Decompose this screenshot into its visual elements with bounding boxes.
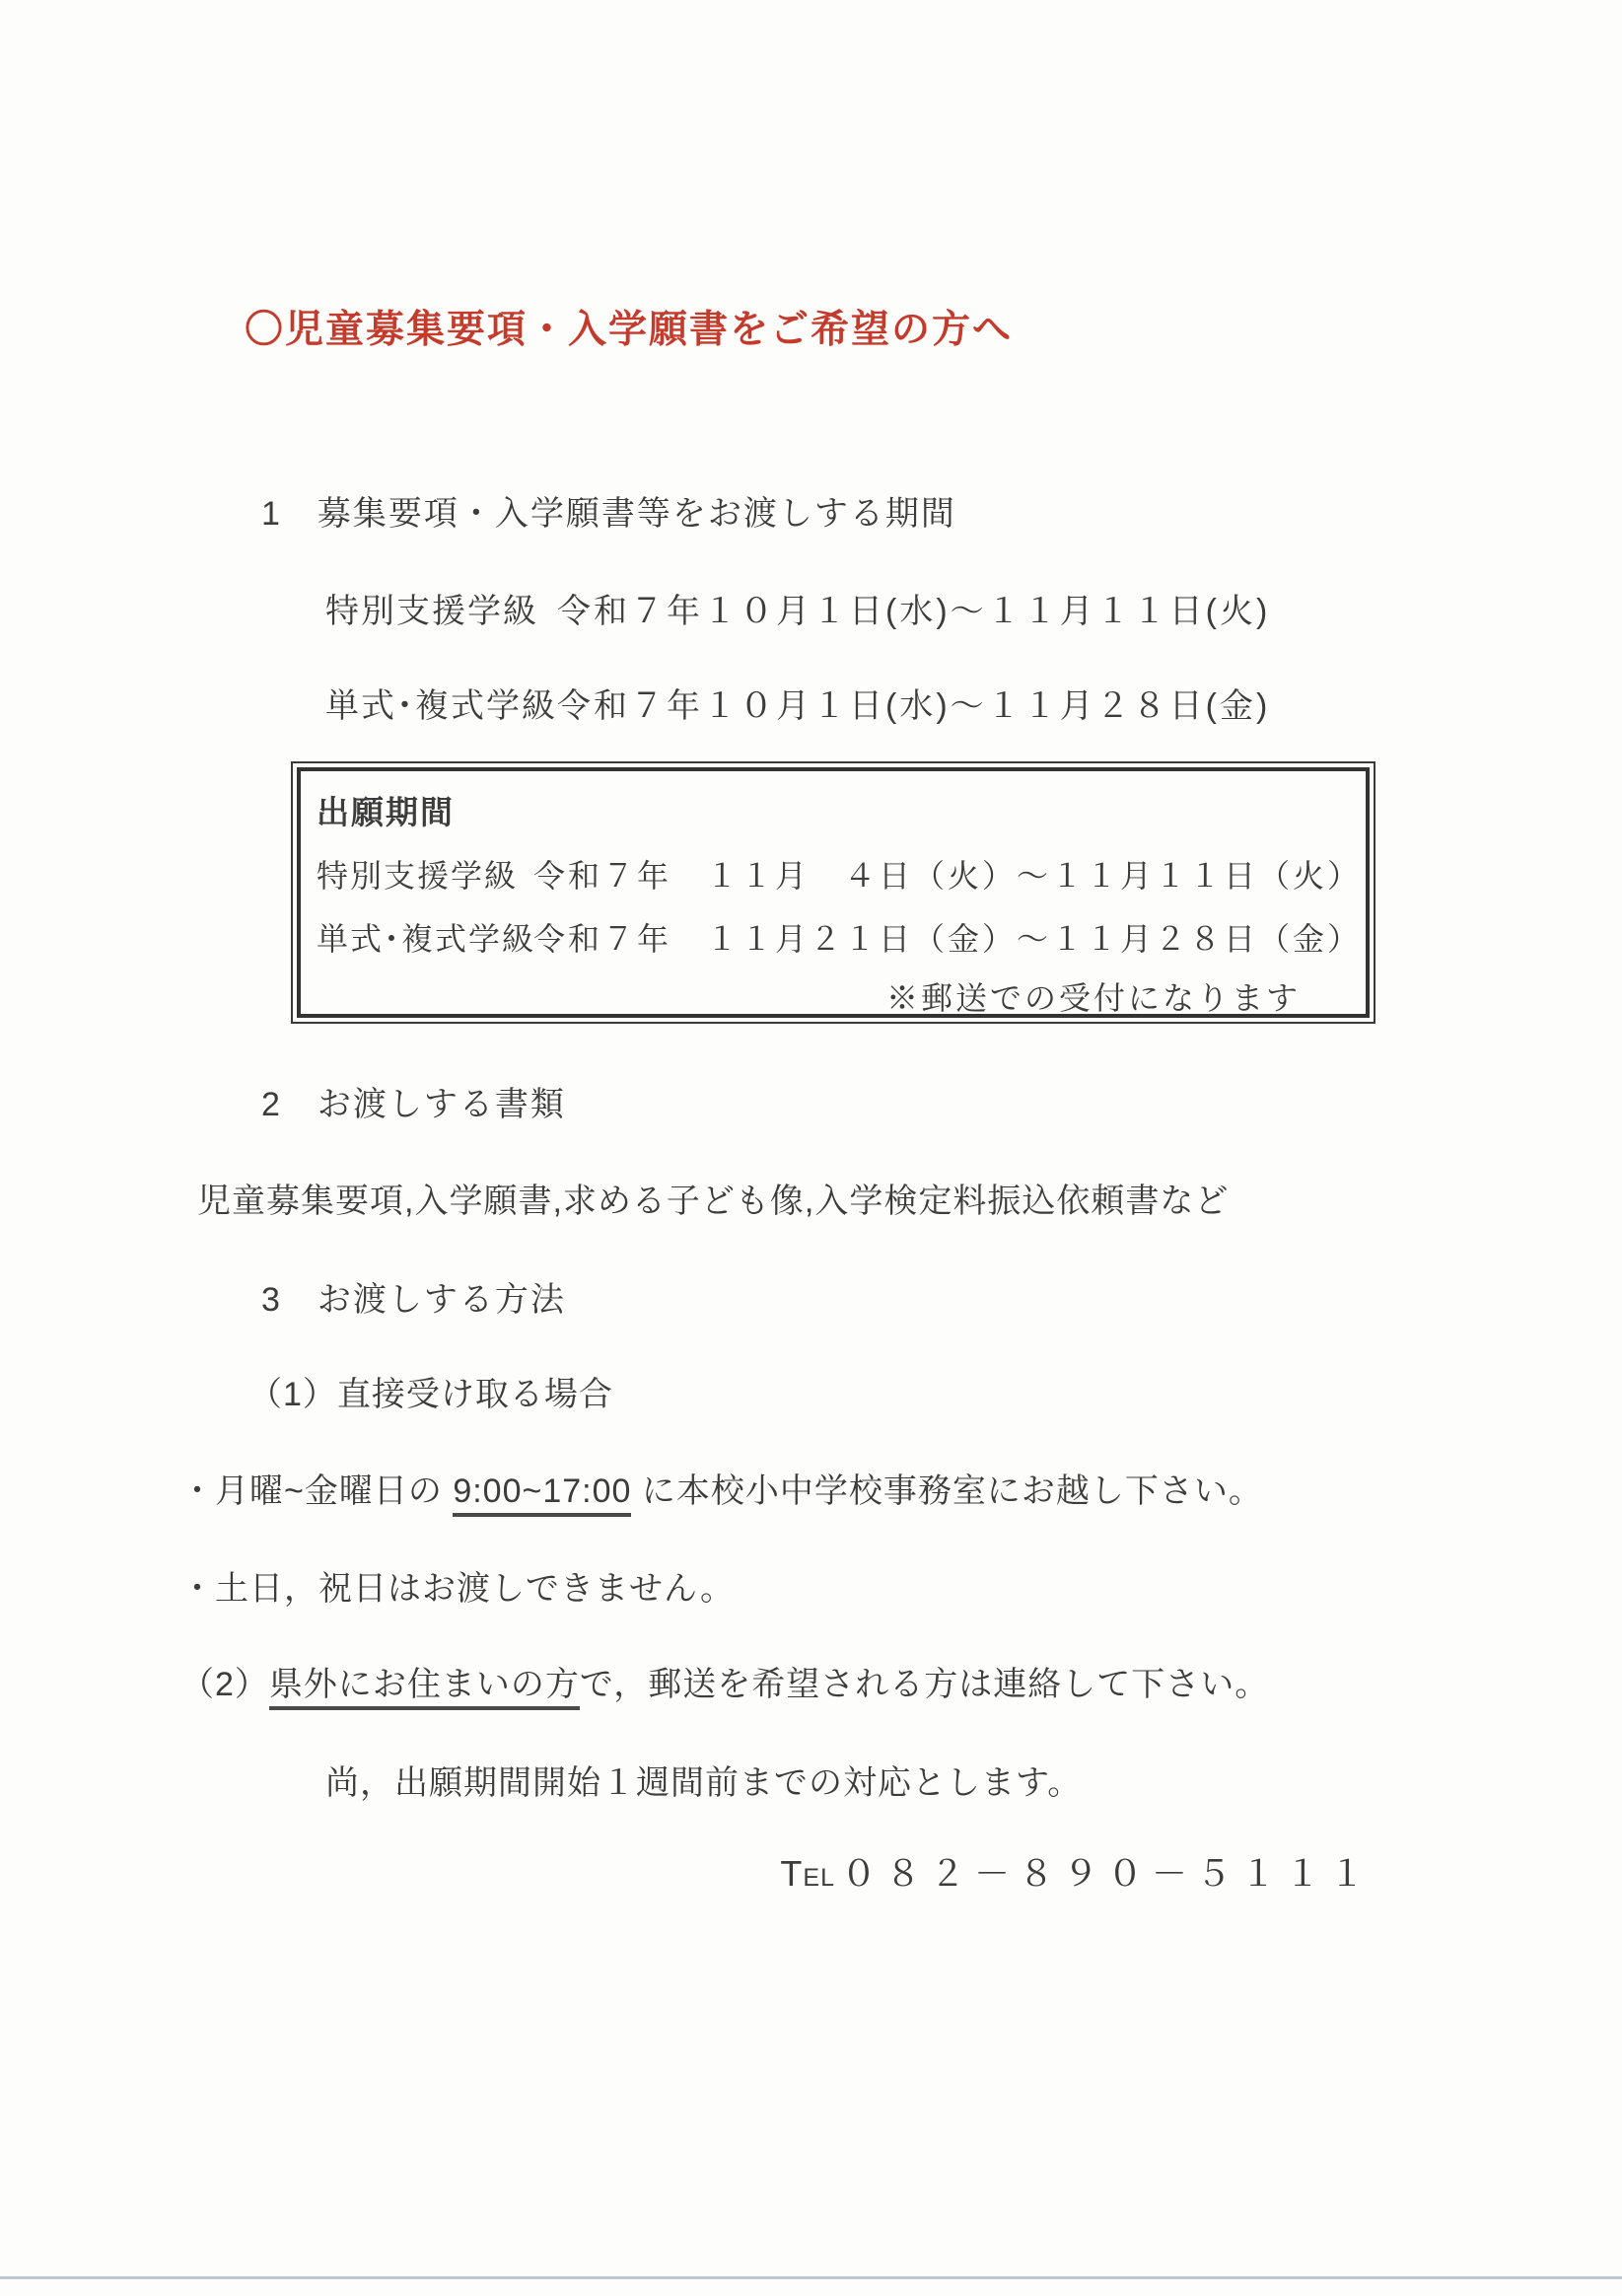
row-value: 令和７年１０月１日(水)～１１月２８日(金) bbox=[557, 679, 1270, 727]
section1-heading: 1 募集要項・入学願書等をお渡しする期間 bbox=[261, 486, 956, 535]
row-value: 令和７年 １１月２１日（金）～１１月２８日（金） bbox=[533, 914, 1362, 960]
application-row-regular: 単式･複式学級 令和７年 １１月２１日（金）～１１月２８日（金） bbox=[317, 914, 1340, 960]
weekend-note-line: ・土日，祝日はお渡しできません。 bbox=[180, 1561, 735, 1610]
application-period-box: 出願期間 特別支援学級 令和７年 １１月 ４日（火）～１１月１１日（火） 単式･… bbox=[291, 761, 1375, 1024]
method-item2-underlined: 県外にお住まいの方 bbox=[269, 1666, 580, 1710]
method-item2-pre: （2） bbox=[180, 1666, 269, 1703]
scanned-document-page: 〇児童募集要項・入学願書をご希望の方へ 1 募集要項・入学願書等をお渡しする期間… bbox=[0, 0, 1622, 2296]
row-value: 令和７年 １１月 ４日（火）～１１月１１日（火） bbox=[533, 851, 1362, 897]
section3-heading: 3 お渡しする方法 bbox=[261, 1272, 566, 1321]
document-list: 児童募集要項,入学願書,求める子ども像,入学検定料振込依頼書など bbox=[197, 1174, 1229, 1222]
application-period-box-inner: 出願期間 特別支援学級 令和７年 １１月 ４日（火）～１１月１１日（火） 単式･… bbox=[297, 767, 1370, 1018]
distribution-row-regular: 単式･複式学級 令和７年１０月１日(水)～１１月２８日(金) bbox=[325, 679, 1270, 727]
method-item2-post: で，郵送を希望される方は連絡して下さい。 bbox=[580, 1666, 1269, 1703]
row-label: 特別支援学級 bbox=[325, 584, 557, 632]
method-item2-line: （2）県外にお住まいの方で，郵送を希望される方は連絡して下さい。 bbox=[180, 1657, 1269, 1705]
pickup-hours-pre: ・月曜~金曜日の bbox=[180, 1472, 453, 1510]
box-heading: 出願期間 bbox=[317, 787, 1340, 833]
mailing-deadline-note: 尚，出願期間開始１週間前までの対応とします。 bbox=[325, 1756, 1082, 1804]
page-title: 〇児童募集要項・入学願書をご希望の方へ bbox=[245, 299, 1013, 354]
row-label: 単式･複式学級 bbox=[325, 679, 557, 727]
tel-label: Tel bbox=[780, 1853, 835, 1894]
distribution-row-special: 特別支援学級 令和７年１０月１日(水)～１１月１１日(火) bbox=[325, 584, 1270, 632]
row-label: 特別支援学級 bbox=[317, 851, 533, 897]
pickup-hours-line: ・月曜~金曜日の 9:00~17:00 に本校小中学校事務室にお越し下さい。 bbox=[180, 1464, 1263, 1512]
row-label: 単式･複式学級 bbox=[317, 914, 533, 960]
row-value: 令和７年１０月１日(水)～１１月１１日(火) bbox=[557, 584, 1270, 632]
mail-reception-note: ※郵送での受付になります bbox=[317, 973, 1340, 1019]
pickup-hours-time: 9:00~17:00 bbox=[453, 1472, 631, 1517]
method-item1-heading: （1）直接受け取る場合 bbox=[248, 1367, 613, 1415]
section2-heading: 2 お渡しする書類 bbox=[261, 1077, 566, 1125]
scan-edge-line bbox=[0, 2276, 1622, 2279]
application-row-special: 特別支援学級 令和７年 １１月 ４日（火）～１１月１１日（火） bbox=[317, 851, 1340, 897]
tel-number: ０８２－８９０－５１１１ bbox=[841, 1853, 1374, 1894]
tel-line: Tel０８２－８９０－５１１１ bbox=[780, 1846, 1374, 1897]
pickup-hours-post: に本校小中学校事務室にお越し下さい。 bbox=[631, 1472, 1262, 1510]
